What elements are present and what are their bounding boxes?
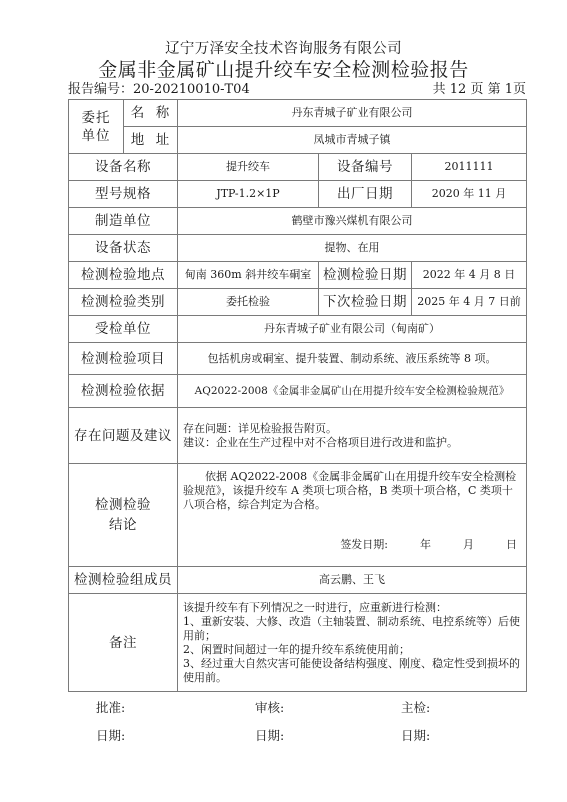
page-count: 共 12 页 第 1页: [433, 81, 526, 99]
items-label: 检测检验项目: [69, 343, 178, 375]
inspection-type-label: 检测检验类别: [69, 289, 178, 316]
report-number: 报告编号：20-20210010-T04: [68, 81, 250, 99]
sign-date-label: 签发日期:: [340, 538, 388, 552]
conclusion-label: 检测检验 结论: [69, 464, 178, 567]
client-address-value: 凤城市青城子镇: [178, 127, 527, 154]
conclusion-value: 依据 AQ2022-2008《金属非金属矿山在用提升绞车安全检测检验规范》，该提…: [178, 464, 527, 567]
chief-inspector-label: 主检:: [401, 700, 430, 716]
client-name-label: 名 称: [124, 100, 178, 127]
basis-value: AQ2022-2008《金属非金属矿山在用提升绞车安全检测检验规范》: [178, 375, 527, 408]
sign-date: 签发日期:年月日: [183, 538, 521, 552]
inspection-type-value: 委托检验: [178, 289, 319, 316]
issues-label: 存在问题及建议: [69, 408, 178, 464]
members-label: 检测检验组成员: [69, 567, 178, 594]
suggestion-line: 建议：企业在生产过程中对不合格项目进行改进和监护。: [183, 436, 521, 450]
issues-line: 存在问题：详见检验报告附页。: [183, 422, 521, 436]
company-name: 辽宁万泽安全技术咨询服务有限公司: [0, 40, 567, 58]
conclusion-label-line2: 结论: [72, 515, 174, 535]
report-number-value: 20-20210010-T04: [133, 82, 250, 97]
next-date-value: 2025 年 4 月 7 日前: [412, 289, 527, 316]
report-meta: 报告编号：20-20210010-T04 共 12 页 第 1页: [68, 81, 526, 99]
remarks-line: 2、闲置时间超过一年的提升绞车系统使用前；: [183, 643, 521, 657]
device-name-value: 提升绞车: [178, 154, 319, 181]
device-no-label: 设备编号: [319, 154, 412, 181]
next-date-label: 下次检验日期: [319, 289, 412, 316]
issues-value: 存在问题：详见检验报告附页。 建议：企业在生产过程中对不合格项目进行改进和监护。: [178, 408, 527, 464]
sign-day: 日: [506, 538, 517, 552]
basis-label: 检测检验依据: [69, 375, 178, 408]
manufacturer-value: 鹤壁市豫兴煤机有限公司: [178, 208, 527, 235]
remarks-label: 备注: [69, 594, 178, 692]
review-date-label: 日期:: [255, 728, 284, 744]
chief-date-label: 日期:: [401, 728, 430, 744]
report-title: 金属非金属矿山提升绞车安全检测检验报告: [0, 58, 567, 82]
inspection-date-value: 2022 年 4 月 8 日: [412, 262, 527, 289]
report-table: 委托 单位 名 称 丹东青城子矿业有限公司 地 址 凤城市青城子镇 设备名称 提…: [68, 99, 527, 692]
remarks-line: 1、重新安装、大修、改造（主轴装置、制动系统、电控系统等）后使用前；: [183, 615, 521, 643]
remarks-line: 3、经过重大自然灾害可能使设备结构强度、刚度、稳定性受到损坏的使用前。: [183, 657, 521, 685]
client-group-label: 委托 单位: [69, 100, 124, 154]
location-value: 甸南 360m 斜井绞车硐室: [178, 262, 319, 289]
report-number-label: 报告编号：: [68, 82, 133, 97]
manufacture-date-label: 出厂日期: [319, 181, 412, 208]
status-label: 设备状态: [69, 235, 178, 262]
inspected-unit-label: 受检单位: [69, 316, 178, 343]
conclusion-label-line1: 检测检验: [72, 495, 174, 515]
manufacture-date-value: 2020 年 11 月: [412, 181, 527, 208]
inspected-unit-value: 丹东青城子矿业有限公司（甸南矿）: [178, 316, 527, 343]
client-address-label: 地 址: [124, 127, 178, 154]
device-name-label: 设备名称: [69, 154, 178, 181]
model-value: JTP-1.2×1P: [178, 181, 319, 208]
review-label: 审核:: [255, 700, 284, 716]
location-label: 检测检验地点: [69, 262, 178, 289]
approve-label: 批准:: [96, 700, 125, 716]
client-name-value: 丹东青城子矿业有限公司: [178, 100, 527, 127]
status-value: 提物、在用: [178, 235, 527, 262]
sign-year: 年: [420, 538, 431, 552]
model-label: 型号规格: [69, 181, 178, 208]
members-value: 高云鹏、王飞: [178, 567, 527, 594]
items-value: 包括机房或硐室、提升装置、制动系统、液压系统等 8 项。: [178, 343, 527, 375]
approve-date-label: 日期:: [96, 728, 125, 744]
remarks-line: 该提升绞车有下列情况之一时进行，应重新进行检测：: [183, 601, 521, 615]
inspection-date-label: 检测检验日期: [319, 262, 412, 289]
manufacturer-label: 制造单位: [69, 208, 178, 235]
conclusion-text: 依据 AQ2022-2008《金属非金属矿山在用提升绞车安全检测检验规范》，该提…: [183, 470, 521, 512]
remarks-value: 该提升绞车有下列情况之一时进行，应重新进行检测： 1、重新安装、大修、改造（主轴…: [178, 594, 527, 692]
device-no-value: 2011111: [412, 154, 527, 181]
sign-month: 月: [463, 538, 474, 552]
